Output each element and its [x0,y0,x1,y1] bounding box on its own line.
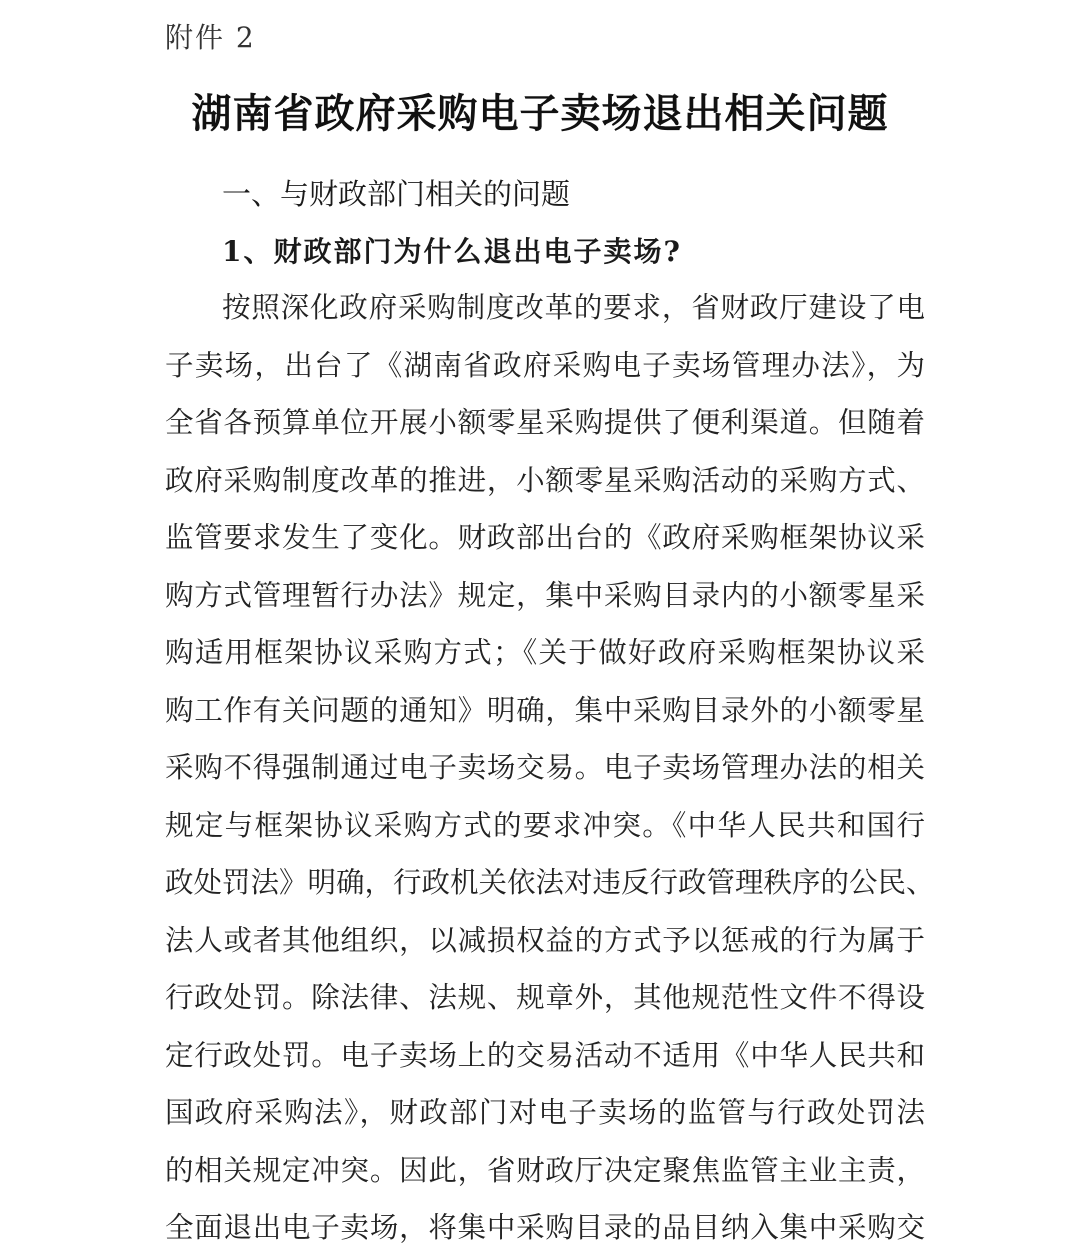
paragraph-line: 全省各预算单位开展小额零星采购提供了便利渠道。但随着 [165,400,925,458]
body-paragraph: 按照深化政府采购制度改革的要求，省财政厅建设了电 子卖场，出台了《湖南省政府采购… [165,285,925,1256]
paragraph-line: 采购不得强制通过电子卖场交易。电子卖场管理办法的相关 [165,745,925,803]
paragraph-line: 全面退出电子卖场，将集中采购目录的品目纳入集中采购交 [165,1205,925,1256]
paragraph-line: 政处罚法》明确，行政机关依法对违反行政管理秩序的公民、 [165,860,925,918]
paragraph-line: 购适用框架协议采购方式；《关于做好政府采购框架协议采 [165,630,925,688]
section-heading: 一、与财政部门相关的问题 [222,172,570,216]
paragraph-line: 的相关规定冲突。因此，省财政厅决定聚焦监管主业主责， [165,1148,925,1206]
paragraph-line: 按照深化政府采购制度改革的要求，省财政厅建设了电 [165,285,925,343]
paragraph-line: 国政府采购法》，财政部门对电子卖场的监管与行政处罚法 [165,1090,925,1148]
paragraph-line: 子卖场，出台了《湖南省政府采购电子卖场管理办法》，为 [165,343,925,401]
paragraph-line: 购工作有关问题的通知》明确，集中采购目录外的小额零星 [165,688,925,746]
attachment-label: 附件 2 [165,18,256,58]
paragraph-line: 政府采购制度改革的推进，小额零星采购活动的采购方式、 [165,458,925,516]
document-title: 湖南省政府采购电子卖场退出相关问题 [0,86,1080,142]
paragraph-line: 购方式管理暂行办法》规定，集中采购目录内的小额零星采 [165,573,925,631]
paragraph-line: 行政处罚。除法律、法规、规章外，其他规范性文件不得设 [165,975,925,1033]
question-heading: 1、财政部门为什么退出电子卖场? [222,230,682,274]
paragraph-line: 法人或者其他组织，以减损权益的方式予以惩戒的行为属于 [165,918,925,976]
paragraph-line: 规定与框架协议采购方式的要求冲突。《中华人民共和国行 [165,803,925,861]
paragraph-line: 监管要求发生了变化。财政部出台的《政府采购框架协议采 [165,515,925,573]
paragraph-line: 定行政处罚。电子卖场上的交易活动不适用《中华人民共和 [165,1033,925,1091]
document-page: 附件 2 湖南省政府采购电子卖场退出相关问题 一、与财政部门相关的问题 1、财政… [0,0,1080,1256]
